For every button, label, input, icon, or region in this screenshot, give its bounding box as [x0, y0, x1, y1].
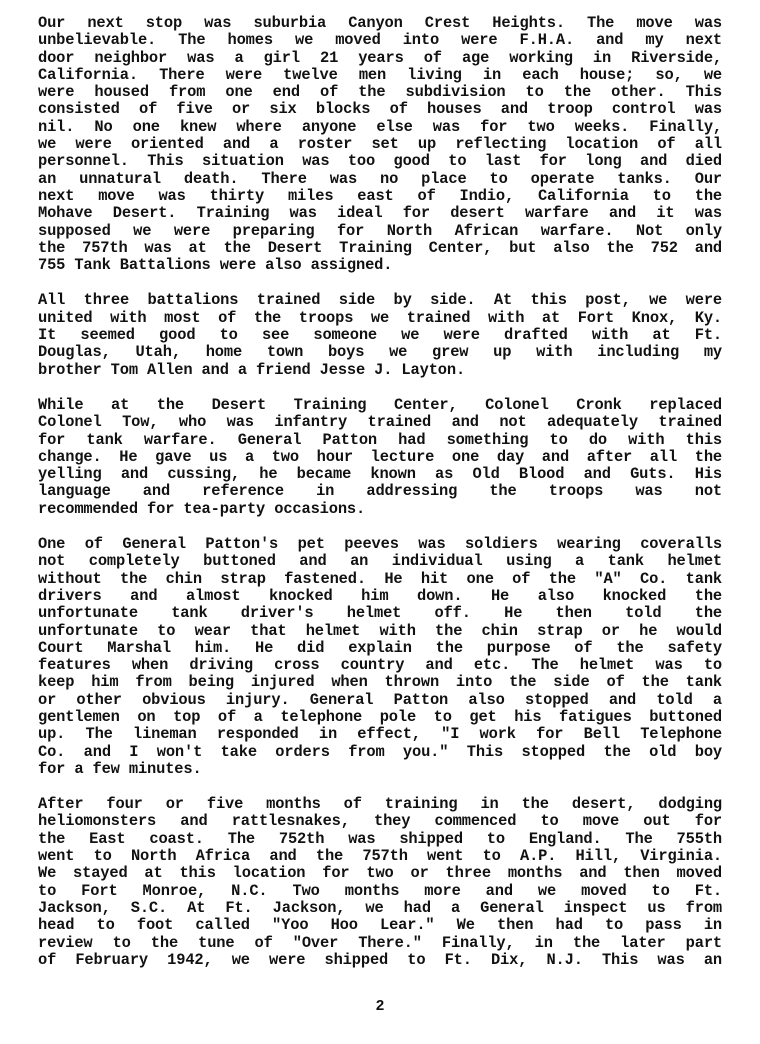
text-line: keep him from being injured when thrown …	[38, 674, 722, 691]
document-body: Our next stop was suburbia Canyon Crest …	[38, 15, 722, 987]
text-line: Court Marshal him. He did explain the pu…	[38, 640, 722, 657]
text-line: we were oriented and a roster set up ref…	[38, 136, 722, 153]
text-line: Our next stop was suburbia Canyon Crest …	[38, 15, 722, 32]
paragraph: While at the Desert Training Center, Col…	[38, 397, 722, 518]
text-line: unbelievable. The homes we moved into we…	[38, 32, 722, 49]
text-line: or other obvious injury. General Patton …	[38, 692, 722, 709]
text-line: the 757th was at the Desert Training Cen…	[38, 240, 722, 257]
text-line: California. There were twelve men living…	[38, 67, 722, 84]
paragraph: After four or five months of training in…	[38, 796, 722, 969]
text-line: After four or five months of training in…	[38, 796, 722, 813]
text-line: heliomonsters and rattlesnakes, they com…	[38, 813, 722, 830]
text-line: It seemed good to see someone we were dr…	[38, 327, 722, 344]
text-line: unfortunate to wear that helmet with the…	[38, 623, 722, 640]
page-number: 2	[0, 998, 760, 1015]
text-line: All three battalions trained side by sid…	[38, 292, 722, 309]
text-line: not completely buttoned and an individua…	[38, 553, 722, 570]
text-line: Douglas, Utah, home town boys we grew up…	[38, 344, 722, 361]
text-line: We stayed at this location for two or th…	[38, 865, 722, 882]
paragraph: Our next stop was suburbia Canyon Crest …	[38, 15, 722, 274]
text-line: review to the tune of "Over There." Fina…	[38, 935, 722, 952]
text-line: up. The lineman responded in effect, "I …	[38, 726, 722, 743]
text-line: personnel. This situation was too good t…	[38, 153, 722, 170]
text-line: Jackson, S.C. At Ft. Jackson, we had a G…	[38, 900, 722, 917]
text-line: drivers and almost knocked him down. He …	[38, 588, 722, 605]
text-line: change. He gave us a two hour lecture on…	[38, 449, 722, 466]
text-line: went to North Africa and the 757th went …	[38, 848, 722, 865]
text-line: Mohave Desert. Training was ideal for de…	[38, 205, 722, 222]
text-line: were housed from one end of the subdivis…	[38, 84, 722, 101]
text-line: recommended for tea-party occasions.	[38, 501, 722, 518]
text-line: for tank warfare. General Patton had som…	[38, 432, 722, 449]
text-line: language and reference in addressing the…	[38, 483, 722, 500]
text-line: brother Tom Allen and a friend Jesse J. …	[38, 362, 722, 379]
text-line: 755 Tank Battalions were also assigned.	[38, 257, 722, 274]
text-line: of February 1942, we were shipped to Ft.…	[38, 952, 722, 969]
text-line: united with most of the troops we traine…	[38, 310, 722, 327]
text-line: One of General Patton's pet peeves was s…	[38, 536, 722, 553]
paragraph: One of General Patton's pet peeves was s…	[38, 536, 722, 778]
text-line: unfortunate tank driver's helmet off. He…	[38, 605, 722, 622]
text-line: nil. No one knew where anyone else was f…	[38, 119, 722, 136]
text-line: supposed we were preparing for North Afr…	[38, 223, 722, 240]
paragraph: All three battalions trained side by sid…	[38, 292, 722, 378]
text-line: Colonel Tow, who was infantry trained an…	[38, 414, 722, 431]
text-line: gentlemen on top of a telephone pole to …	[38, 709, 722, 726]
text-line: consisted of five or six blocks of house…	[38, 101, 722, 118]
text-line: the East coast. The 752th was shipped to…	[38, 831, 722, 848]
text-line: head to foot called "Yoo Hoo Lear." We t…	[38, 917, 722, 934]
text-line: to Fort Monroe, N.C. Two months more and…	[38, 883, 722, 900]
text-line: While at the Desert Training Center, Col…	[38, 397, 722, 414]
text-line: without the chin strap fastened. He hit …	[38, 571, 722, 588]
text-line: door neighbor was a girl 21 years of age…	[38, 50, 722, 67]
text-line: Co. and I won't take orders from you." T…	[38, 744, 722, 761]
text-line: features when driving cross country and …	[38, 657, 722, 674]
text-line: yelling and cussing, he became known as …	[38, 466, 722, 483]
text-line: next move was thirty miles east of Indio…	[38, 188, 722, 205]
text-line: for a few minutes.	[38, 761, 722, 778]
text-line: an unnatural death. There was no place t…	[38, 171, 722, 188]
